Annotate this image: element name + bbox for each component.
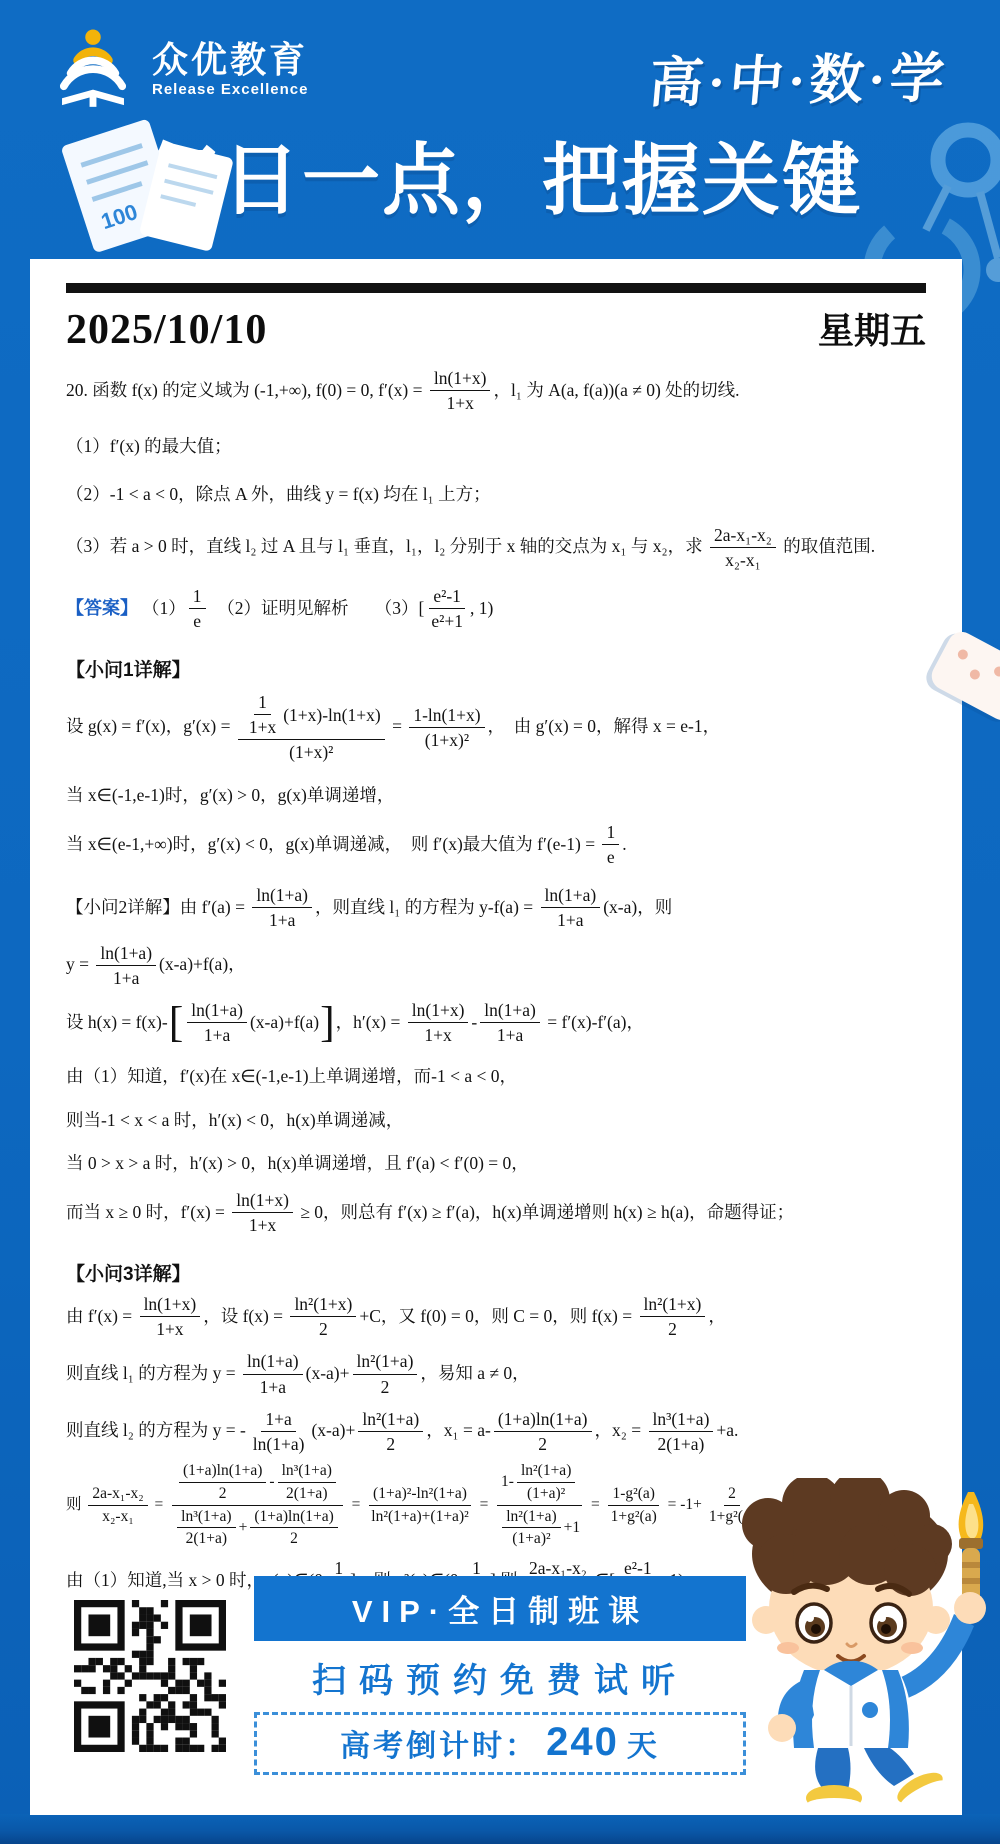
promo-block: VIP·全日制班课 扫码预约免费试听 高考倒计时： 240 天 — [74, 1576, 746, 1775]
math-line-s2d: 由（1）知道，f′(x)在 x∈(-1,e-1)上单调递增，而-1 < a < … — [66, 1065, 926, 1089]
math-content: 20. 函数 f(x) 的定义域为 (-1,+∞), f(0) = 0, f′(… — [66, 368, 926, 1603]
poster: 众优教育 Release Excellence 高·中·数·学 100 每日一点… — [0, 0, 1000, 1844]
math-line-s1a: 设 g(x) = f′(x)，g′(x) = 11+x(1+x)-ln(1+x)… — [66, 692, 926, 762]
math-line-s2a: 【小问2详解】由 f′(a) = ln(1+a)1+a，则直线 l₁ 的方程为 … — [66, 885, 926, 930]
math-line-q2: （2）-1 < a < 0，除点 A 外，曲线 y = f(x) 均在 l₁ 上… — [66, 483, 926, 507]
math-line-q1: （1）f′(x) 的最大值； — [66, 435, 926, 459]
weekday-text: 星期五 — [818, 303, 926, 354]
date-text: 2025/10/10 — [66, 306, 267, 354]
math-line-s2g: 而当 x ≥ 0 时，f′(x) = ln(1+x)1+x ≥ 0，则总有 f′… — [66, 1190, 926, 1235]
math-line-s2e: 则当-1 < x < a 时，h′(x) < 0，h(x)单调递减， — [66, 1109, 926, 1133]
date-row: 2025/10/10 星期五 — [66, 303, 926, 354]
math-line-s3c: 则直线 l₂ 的方程为 y = -1+aln(1+a)(x-a)+ln²(1+a… — [66, 1409, 926, 1454]
answer-line: 【答案】 （1）1e （2）证明见解析 （3）[e²-1e²+1, 1) — [66, 586, 926, 631]
countdown-suffix: 天 — [627, 1721, 660, 1765]
mascot-boy — [712, 1478, 1000, 1823]
countdown-box: 高考倒计时： 240 天 — [254, 1712, 746, 1775]
subject-title: 高·中·数·学 — [646, 35, 951, 117]
math-line-q3: （3）若 a > 0 时，直线 l₂ 过 A 且与 l₁ 垂直，l₁，l₂ 分别… — [66, 525, 926, 570]
section3-title: 【小问3详解】 — [66, 1259, 926, 1286]
papers-icon: 100 — [44, 112, 234, 267]
promo-middle: VIP·全日制班课 扫码预约免费试听 高考倒计时： 240 天 — [254, 1576, 746, 1775]
section1-title: 【小问1详解】 — [66, 655, 926, 682]
answer-label: 【答案】 — [66, 596, 138, 620]
divider-bar — [66, 283, 926, 293]
math-line-problem: 20. 函数 f(x) 的定义域为 (-1,+∞), f(0) = 0, f′(… — [66, 368, 926, 413]
math-line-s2c: 设 h(x) = f(x)-[ln(1+a)1+a(x-a)+f(a)]，h′(… — [66, 1000, 926, 1045]
qr-code — [74, 1600, 226, 1752]
math-line-s3b: 则直线 l₁ 的方程为 y = ln(1+a)1+a(x-a)+ln²(1+a)… — [66, 1351, 926, 1396]
scan-cta: 扫码预约免费试听 — [254, 1653, 746, 1702]
vip-banner: VIP·全日制班课 — [254, 1576, 746, 1641]
math-line-s1c: 当 x∈(e-1,+∞)时，g′(x) < 0，g(x)单调递减， 则 f′(x… — [66, 822, 926, 867]
math-line-s2f: 当 0 > x > a 时，h′(x) > 0，h(x)单调递增，且 f′(a)… — [66, 1152, 926, 1176]
math-line-s3a: 由 f′(x) = ln(1+x)1+x，设 f(x) = ln²(1+x)2+… — [66, 1294, 926, 1339]
brand-name: 众优教育 — [152, 40, 308, 80]
countdown-value: 240 — [546, 1720, 619, 1765]
math-line-s1b: 当 x∈(-1,e-1)时，g′(x) > 0，g(x)单调递增， — [66, 784, 926, 808]
header-logo: 众优教育 Release Excellence — [50, 26, 308, 112]
page-title: 每日一点，把握关键 — [142, 118, 862, 230]
answer-value: （1）1e （2）证明见解析 （3）[e²-1e²+1, 1) — [142, 586, 493, 631]
zhongyou-logo-icon — [50, 26, 136, 112]
brand-tagline: Release Excellence — [152, 81, 308, 98]
countdown-prefix: 高考倒计时： — [340, 1721, 538, 1765]
math-line-s2b: y = ln(1+a)1+a(x-a)+f(a)， — [66, 943, 926, 988]
